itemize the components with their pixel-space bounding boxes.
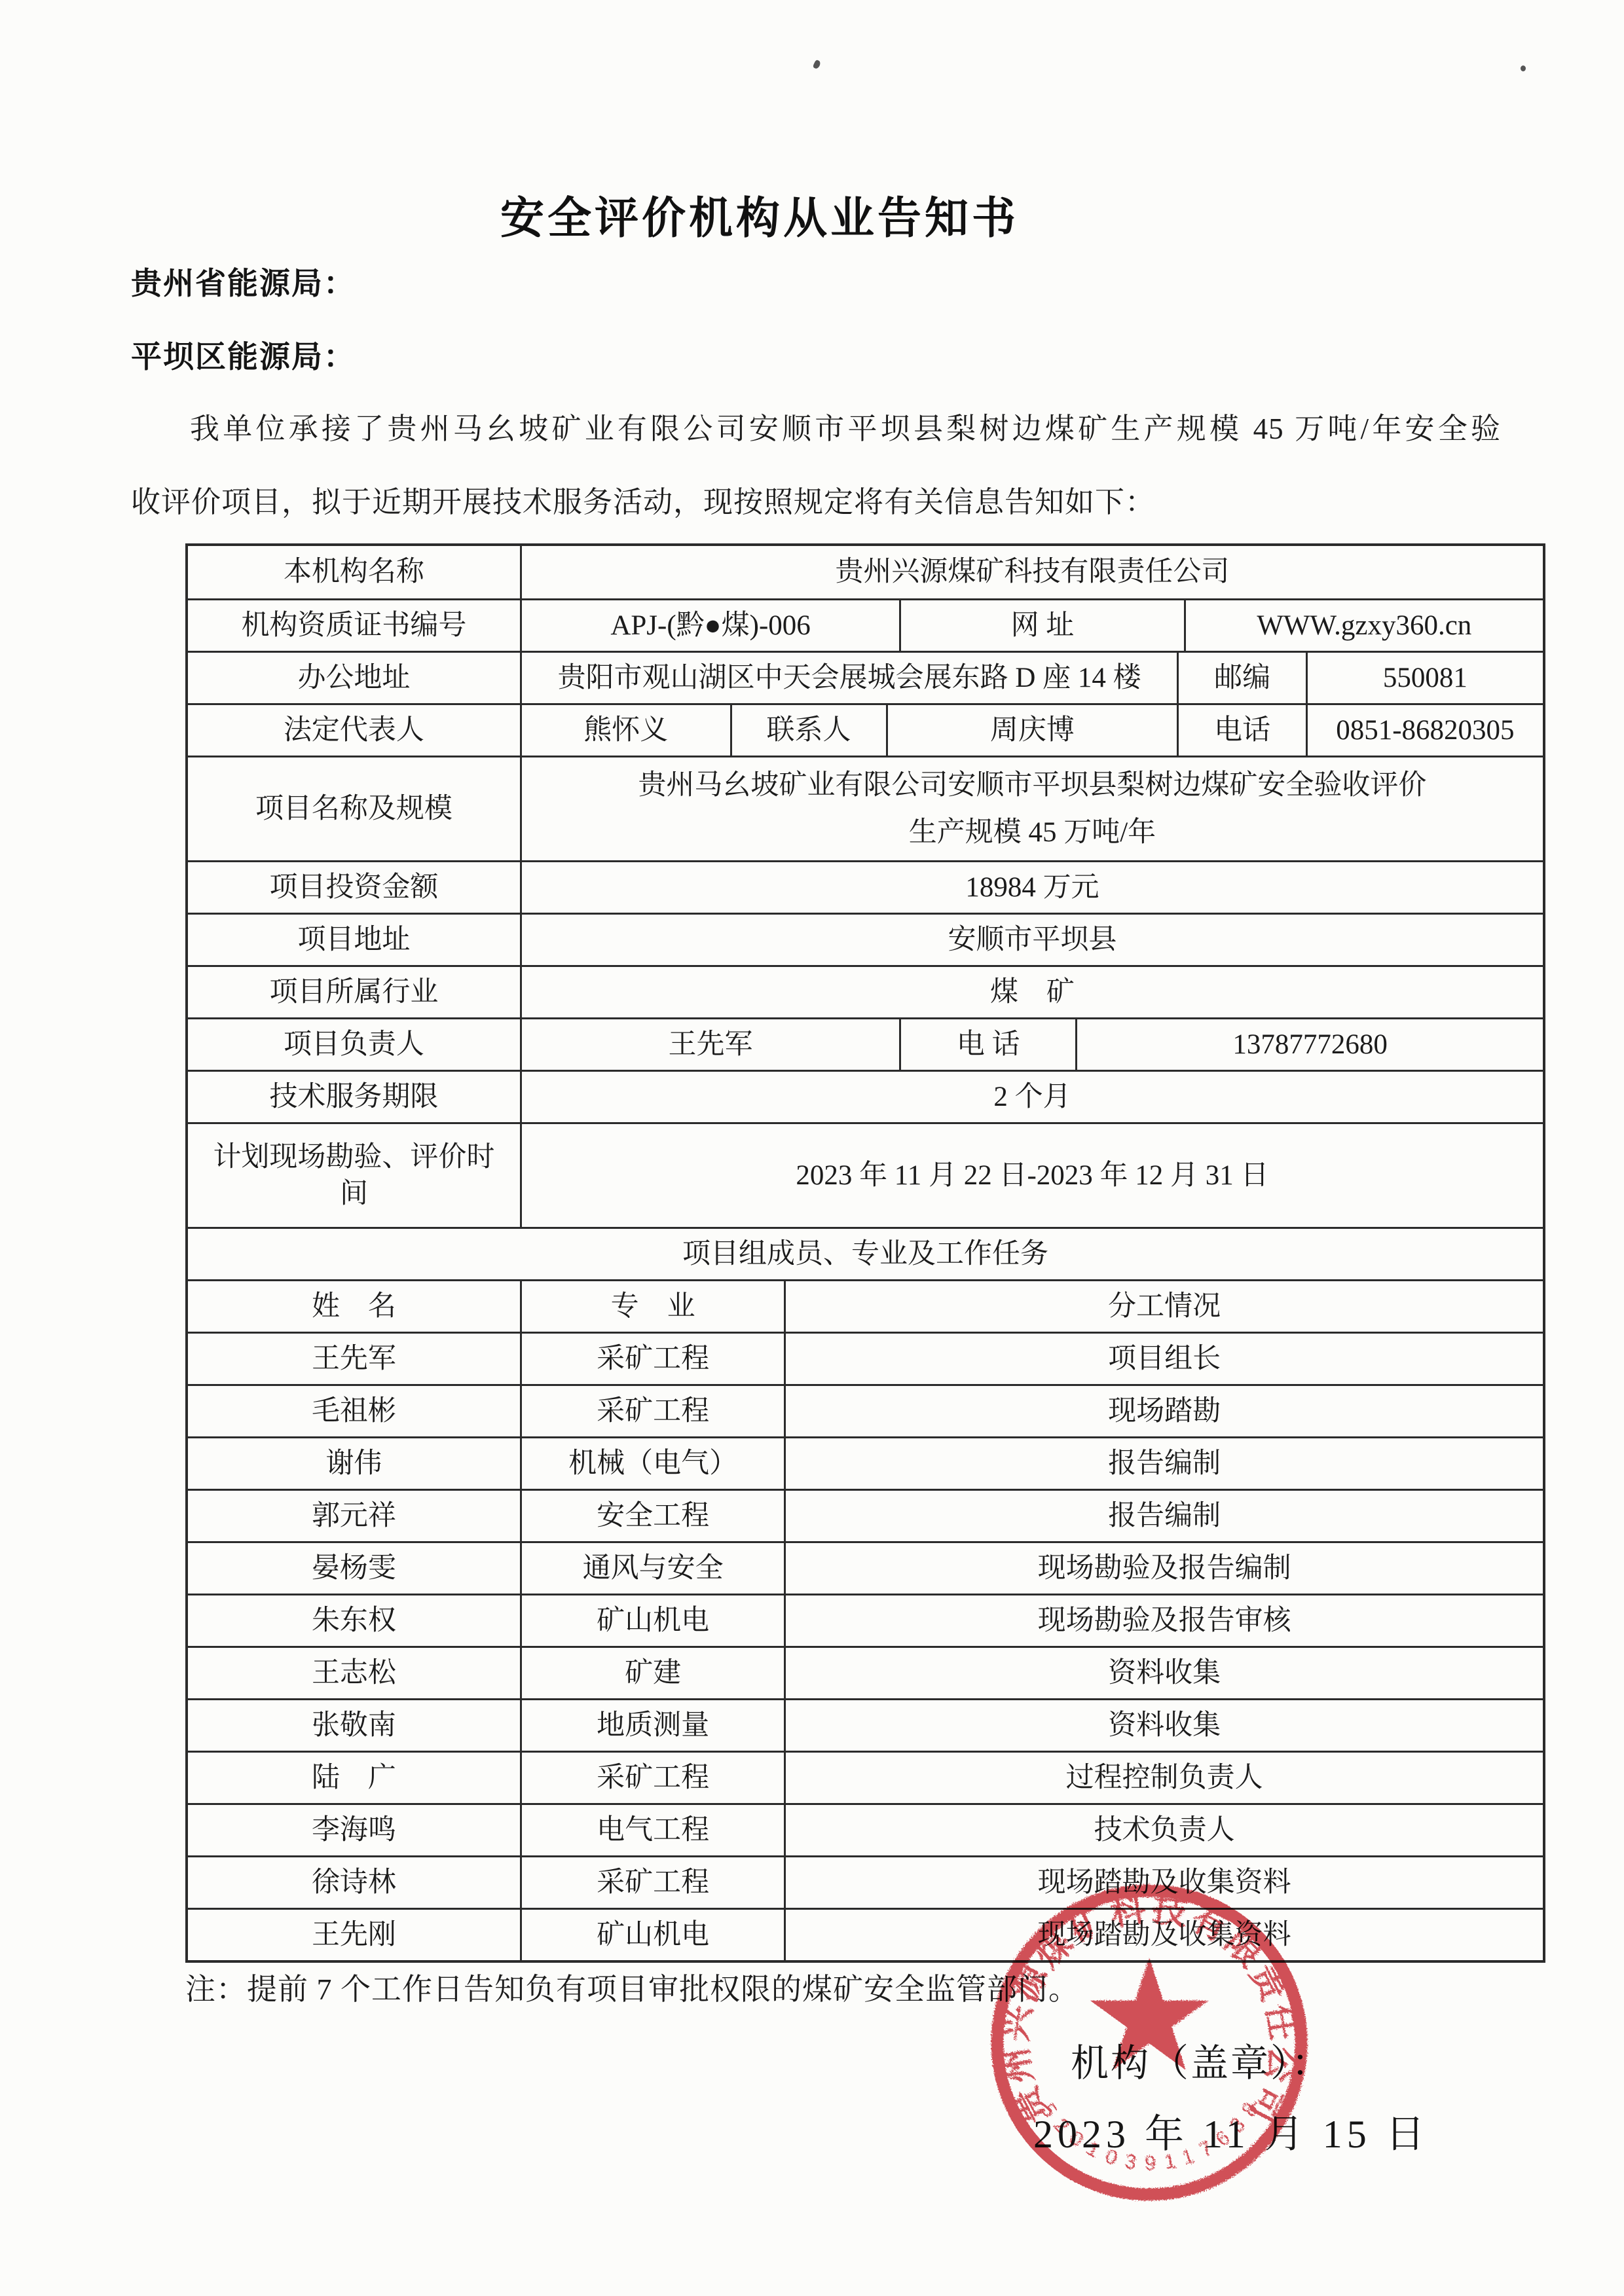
table-row: 项目投资金额 18984 万元 [188,860,1543,913]
member-name: 王先刚 [188,1910,520,1960]
table-row: 项目名称及规模 贵州马幺坡矿业有限公司安顺市平坝县梨树边煤矿安全验收评价 生产规… [188,756,1543,860]
row-label: 法定代表人 [188,705,520,756]
member-row: 王先刚 矿山机电 现场踏勘及收集资料 [188,1908,1543,1960]
row-label: 办公地址 [188,653,520,703]
leader-phone-value: 13787772680 [1075,1019,1543,1070]
row-label: 计划现场勘验、评价时 间 [188,1124,520,1227]
body-paragraph-line2: 收评价项目，拟于近期开展技术服务活动，现按照规定将有关信息告知如下： [131,478,1155,520]
row-label: 本机构名称 [188,546,520,598]
member-row: 郭元祥 安全工程 报告编制 [188,1489,1543,1541]
contact-label: 联系人 [730,705,886,756]
salutation-pingba: 平坝区能源局： [131,333,356,376]
company-seal-stamp: 贵州兴源煤矿科技有限责任公司 5201039117638 [979,1871,1319,2214]
office-address-value: 贵阳市观山湖区中天会展城会展东路 D 座 14 楼 [520,653,1177,703]
contact-value: 周庆博 [886,705,1177,756]
member-major: 采矿工程 [520,1753,784,1803]
row-label: 项目负责人 [188,1019,520,1070]
member-row: 毛祖彬 采矿工程 现场踏勘 [188,1384,1543,1436]
member-major: 电气工程 [520,1805,784,1855]
legal-rep-value: 熊怀义 [520,705,730,756]
member-major: 矿山机电 [520,1595,784,1646]
row-label: 项目地址 [188,915,520,965]
member-duty: 资料收集 [784,1700,1543,1751]
postcode-label: 邮编 [1177,653,1306,703]
document-page: 安全评价机构从业告知书 贵州省能源局： 平坝区能源局： 我单位承接了贵州马幺坡矿… [0,0,1624,2296]
member-name: 朱东权 [188,1595,520,1646]
seal-star-icon [1090,1958,1209,2070]
member-major: 矿山机电 [520,1910,784,1960]
table-row: 姓 名 专 业 分工情况 [188,1279,1543,1332]
body-paragraph-line1: 我单位承接了贵州马幺坡矿业有限公司安顺市平坝县梨树边煤矿生产规模 45 万吨/年… [190,405,1501,447]
phone-label: 电话 [1177,705,1306,756]
page-title: 安全评价机构从业告知书 [0,183,1519,246]
row-label: 项目名称及规模 [188,757,520,860]
member-major: 安全工程 [520,1491,784,1541]
row-label: 技术服务期限 [188,1072,520,1122]
table-row: 法定代表人 熊怀义 联系人 周庆博 电话 0851-86820305 [188,703,1543,756]
survey-time-value: 2023 年 11 月 22 日-2023 年 12 月 31 日 [520,1124,1543,1227]
member-row: 李海鸣 电气工程 技术负责人 [188,1803,1543,1855]
member-row: 王先军 采矿工程 项目组长 [188,1332,1543,1384]
member-duty: 报告编制 [784,1438,1543,1489]
info-table: 本机构名称 贵州兴源煤矿科技有限责任公司 机构资质证书编号 APJ-(黔●煤)-… [185,543,1545,1963]
member-name: 毛祖彬 [188,1386,520,1436]
member-name: 王先军 [188,1334,520,1384]
member-duty: 现场踏勘 [784,1386,1543,1436]
project-leader-value: 王先军 [520,1019,899,1070]
scan-speck [1521,65,1526,71]
member-row: 徐诗林 采矿工程 现场踏勘及收集资料 [188,1855,1543,1908]
survey-time-label-line2: 间 [340,1176,368,1212]
table-row: 项目地址 安顺市平坝县 [188,913,1543,965]
member-name: 王志松 [188,1648,520,1698]
member-name: 张敬南 [188,1700,520,1751]
member-major: 采矿工程 [520,1334,784,1384]
table-row: 本机构名称 贵州兴源煤矿科技有限责任公司 [188,546,1543,598]
service-period-value: 2 个月 [520,1072,1543,1122]
survey-time-label-line1: 计划现场勘验、评价时 [213,1139,494,1176]
project-name-value: 贵州马幺坡矿业有限公司安顺市平坝县梨树边煤矿安全验收评价 生产规模 45 万吨/… [520,757,1543,860]
table-row: 机构资质证书编号 APJ-(黔●煤)-006 网 址 WWW.gzxy360.c… [188,598,1543,651]
member-name: 陆 广 [188,1753,520,1803]
member-major: 机械（电气） [520,1438,784,1489]
member-major: 通风与安全 [520,1543,784,1594]
project-name-line1: 贵州马幺坡矿业有限公司安顺市平坝县梨树边煤矿安全验收评价 [638,767,1426,804]
postcode-value: 550081 [1306,653,1543,703]
table-row: 计划现场勘验、评价时 间 2023 年 11 月 22 日-2023 年 12 … [188,1122,1543,1227]
table-row: 项目负责人 王先军 电 话 13787772680 [188,1017,1543,1070]
member-duty: 现场勘验及报告编制 [784,1543,1543,1594]
investment-value: 18984 万元 [520,862,1543,913]
column-header-name: 姓 名 [188,1281,520,1332]
member-row: 王志松 矿建 资料收集 [188,1646,1543,1698]
row-label: 项目投资金额 [188,862,520,913]
leader-phone-label: 电 话 [899,1019,1075,1070]
member-name: 徐诗林 [188,1857,520,1908]
member-row: 陆 广 采矿工程 过程控制负责人 [188,1751,1543,1803]
member-duty: 技术负责人 [784,1805,1543,1855]
seal-number-text: 5201039117638 [1037,2098,1263,2174]
website-value: WWW.gzxy360.cn [1184,600,1543,651]
member-name: 晏杨雯 [188,1543,520,1594]
member-name: 郭元祥 [188,1491,520,1541]
member-duty: 项目组长 [784,1334,1543,1384]
table-row: 技术服务期限 2 个月 [188,1070,1543,1122]
salutation-guizhou: 贵州省能源局： [131,259,356,303]
members-section-header: 项目组成员、专业及工作任务 [188,1229,1543,1279]
table-row: 项目所属行业 煤 矿 [188,965,1543,1017]
member-name: 李海鸣 [188,1805,520,1855]
member-duty: 资料收集 [784,1648,1543,1698]
member-row: 张敬南 地质测量 资料收集 [188,1698,1543,1751]
table-row: 项目组成员、专业及工作任务 [188,1227,1543,1279]
website-label: 网 址 [899,600,1183,651]
member-major: 采矿工程 [520,1386,784,1436]
member-row: 晏杨雯 通风与安全 现场勘验及报告编制 [188,1541,1543,1594]
footnote: 注：提前 7 个工作日告知负有项目审批权限的煤矿安全监管部门。 [185,1965,1079,2009]
project-name-line2: 生产规模 45 万吨/年 [909,814,1156,851]
column-header-duty: 分工情况 [784,1281,1543,1332]
scan-speck [813,60,822,70]
member-row: 谢伟 机械（电气） 报告编制 [188,1436,1543,1489]
org-name-value: 贵州兴源煤矿科技有限责任公司 [520,546,1543,598]
row-label: 项目所属行业 [188,967,520,1017]
member-major: 采矿工程 [520,1857,784,1908]
member-major: 矿建 [520,1648,784,1698]
industry-value: 煤 矿 [520,967,1543,1017]
phone-value: 0851-86820305 [1306,705,1543,756]
member-duty: 现场勘验及报告审核 [784,1595,1543,1646]
member-duty: 过程控制负责人 [784,1753,1543,1803]
member-duty: 报告编制 [784,1491,1543,1541]
project-address-value: 安顺市平坝县 [520,915,1543,965]
member-row: 朱东权 矿山机电 现场勘验及报告审核 [188,1594,1543,1646]
table-row: 办公地址 贵阳市观山湖区中天会展城会展东路 D 座 14 楼 邮编 550081 [188,651,1543,703]
member-name: 谢伟 [188,1438,520,1489]
member-major: 地质测量 [520,1700,784,1751]
row-label: 机构资质证书编号 [188,600,520,651]
certificate-number-value: APJ-(黔●煤)-006 [520,600,899,651]
column-header-major: 专 业 [520,1281,784,1332]
